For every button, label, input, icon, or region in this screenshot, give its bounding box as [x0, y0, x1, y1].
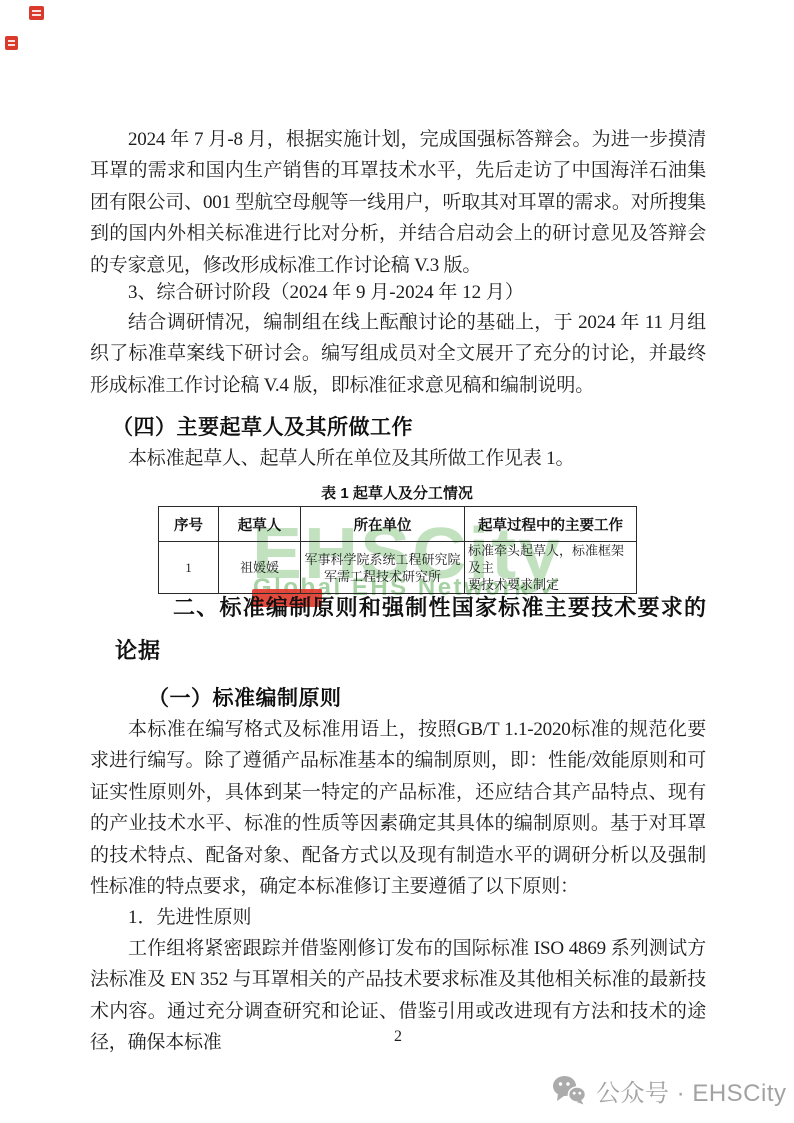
col-header-index: 序号	[159, 507, 219, 542]
paragraph-see-table1: 本标准起草人、起草人所在单位及其所做工作见表 1。	[90, 443, 706, 474]
col-header-main-work: 起草过程中的主要工作	[465, 507, 637, 542]
col-header-organization: 所在单位	[301, 507, 465, 542]
red-stamp-icon	[29, 6, 44, 20]
wechat-account-badge: 公众号 · EHSCity	[552, 1074, 787, 1106]
paragraph-survey-phase: 2024 年 7 月-8 月，根据实施计划，完成国强标答辩会。为进一步摸清耳罩的…	[90, 124, 706, 281]
paragraph-phase3-title: 3、综合研讨阶段（2024 年 9 月-2024 年 12 月）	[90, 277, 706, 304]
document-page: 2024 年 7 月-8 月，根据实施计划，完成国强标答辩会。为进一步摸清耳罩的…	[0, 0, 794, 1123]
col-header-drafter: 起草人	[219, 507, 301, 542]
paragraph-advancement-title: 1．先进性原则	[90, 902, 706, 929]
paragraph-principles-intro: 本标准在编写格式及标准用语上，按照GB/T 1.1-2020标准的规范化要求进行…	[90, 714, 706, 902]
wechat-account-label: 公众号 · EHSCity	[596, 1073, 787, 1108]
drafters-table: 序号 起草人 所在单位 起草过程中的主要工作 1 祖媛媛 军事科学院系统工程研究…	[158, 506, 637, 594]
paragraph-discussion: 结合调研情况，编制组在线上酝酿讨论的基础上，于 2024 年 11 月组织了标准…	[90, 307, 706, 401]
heading-principles: （一）标准编制原则	[148, 682, 342, 712]
page-number: 2	[90, 1028, 706, 1046]
heading-main-drafters: （四）主要起草人及其所做工作	[112, 411, 413, 441]
table-header-row: 序号 起草人 所在单位 起草过程中的主要工作	[159, 507, 637, 542]
wechat-icon	[552, 1075, 586, 1105]
heading-section2: 二、标准编制原则和强制性国家标准主要技术要求的论据	[115, 586, 707, 672]
red-stamp-icon	[5, 36, 18, 50]
table1-caption: 表 1 起草人及分工情况	[158, 482, 636, 503]
